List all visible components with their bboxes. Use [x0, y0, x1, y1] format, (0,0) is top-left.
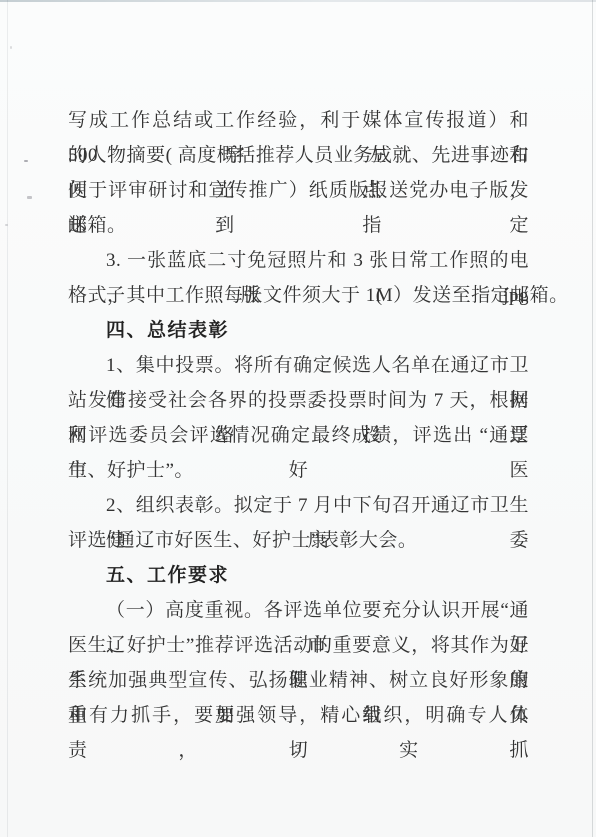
scan-speck: [24, 160, 28, 162]
body-line: 和评选委员会评选情况确定最终成绩，评选出 “通辽市好医: [68, 418, 529, 453]
body-line: 站发布接受社会各界的投票。投票时间为 7 天，根据网络投票: [68, 383, 529, 418]
body-line: 的人物摘要( 高度概括推荐人员业务成就、先进事迹和闪光点，: [68, 138, 529, 173]
body-line: 2、组织表彰。拟定于 7 月中下旬召开通辽市卫生健康委: [68, 488, 529, 523]
body-line: 1、集中投票。将所有确定候选人名单在通辽市卫健委网: [68, 348, 529, 383]
body-line: 医生、好护士”推荐评选活动的重要意义，将其作为卫生健康: [68, 628, 529, 663]
document-body: 写成工作总结或工作经验，利于媒体宣传报道）和 500 字左右 的人物摘要( 高度…: [68, 103, 529, 733]
body-line: 便于评审研讨和宣传推广）纸质版报送党办电子版发送到指定: [68, 173, 529, 208]
scan-speck: [10, 46, 12, 49]
body-line: 3. 一张蓝底二寸免冠照片和 3 张日常工作照的电子版( jpg: [68, 243, 529, 278]
scan-speck: [27, 196, 32, 199]
page-number: 3: [0, 741, 596, 757]
scan-left-edge-artifact: [7, 0, 8, 837]
heading-section-4-summary-commendation: 四、总结表彰: [68, 313, 529, 348]
body-line: 系统加强典型宣传、弘扬职业精神、树立良好形象的重要载体: [68, 663, 529, 698]
scan-top-edge-artifact: [0, 0, 596, 2]
scan-right-edge-artifact: [592, 0, 593, 837]
body-line: 写成工作总结或工作经验，利于媒体宣传报道）和 500 字左右: [68, 103, 529, 138]
body-line: 格式，其中工作照每张文件须大于 1M）发送至指定邮箱。: [68, 278, 529, 313]
body-line: 和有力抓手，要加强领导，精心组织，明确专人负责，切实抓: [68, 698, 529, 733]
scan-speck: [5, 224, 8, 226]
heading-section-5-work-requirements: 五、工作要求: [68, 558, 529, 593]
scanned-document-page: 写成工作总结或工作经验，利于媒体宣传报道）和 500 字左右 的人物摘要( 高度…: [0, 0, 596, 837]
body-line: （一）高度重视。各评选单位要充分认识开展“通辽市好: [68, 593, 529, 628]
